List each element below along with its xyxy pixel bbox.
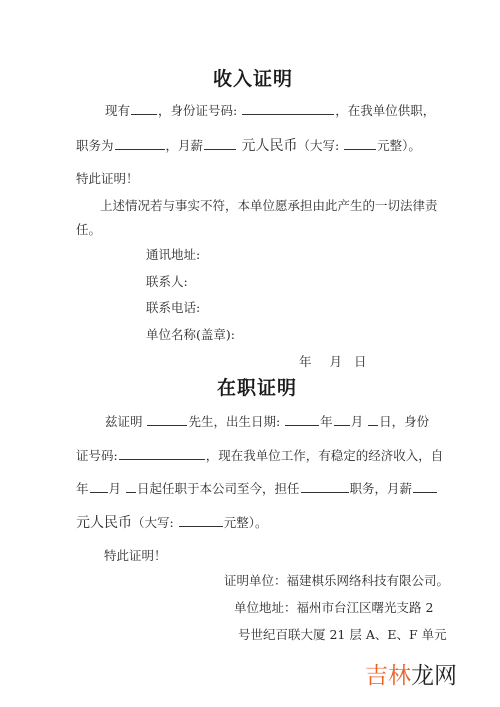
- text: （大写:: [132, 515, 178, 530]
- text: （大写:: [297, 138, 343, 153]
- text: 元人民币: [76, 515, 132, 531]
- start-month-blank[interactable]: [90, 491, 108, 493]
- salary-uppercase-blank[interactable]: [344, 148, 376, 150]
- issuer-line: 证明单位：福建棋乐网络科技有限公司。: [224, 571, 449, 589]
- text: 月: [351, 414, 367, 429]
- text: 先生，出生日期:: [188, 414, 284, 429]
- text: ，在我单位供职，: [335, 103, 435, 118]
- text: 兹证明: [105, 414, 146, 429]
- text: 月: [109, 481, 125, 496]
- text: 年: [320, 414, 333, 429]
- id-number-blank[interactable]: [242, 113, 334, 115]
- text: 元人民币: [237, 138, 297, 154]
- text: 年: [76, 481, 89, 496]
- text: 元整）。: [224, 515, 268, 530]
- birth-month-blank[interactable]: [334, 424, 350, 426]
- field-address-label: 通讯地址:: [146, 245, 200, 263]
- income-statement-line-2: 任。: [76, 220, 101, 238]
- employment-closing: 特此证明！: [104, 546, 167, 564]
- unit-address-line-1: 单位地址：福州市台江区曙光支路 2: [234, 598, 433, 616]
- text: 日，身份: [379, 414, 429, 429]
- text: ，身份证号码:: [158, 103, 241, 118]
- unit-address-line-2: 号世纪百联大厦 21 层 A、E、F 单元: [238, 625, 447, 643]
- employment-line-3: 年月 日起任职于本公司至今，担任职务，月薪: [76, 479, 438, 497]
- text: 现有: [105, 103, 130, 118]
- field-contact-label: 联系人:: [146, 272, 188, 290]
- name-blank[interactable]: [131, 113, 157, 115]
- birth-day-blank[interactable]: [368, 424, 378, 426]
- name-blank[interactable]: [147, 424, 187, 426]
- id-number-blank[interactable]: [119, 458, 205, 460]
- text: ，月薪: [166, 138, 204, 153]
- employment-cert-title: 在职证明: [217, 373, 297, 400]
- salary-uppercase-blank[interactable]: [179, 525, 223, 527]
- field-unit-label: 单位名称(盖章):: [146, 325, 235, 343]
- date-year: 年: [299, 354, 312, 369]
- birth-year-blank[interactable]: [285, 424, 319, 426]
- text: 日起任职于本公司至今，担任: [137, 481, 300, 496]
- text: 元整）。: [377, 138, 421, 153]
- text: ，现在我单位工作，有稳定的经济收入，自: [206, 448, 444, 463]
- position-blank[interactable]: [115, 148, 165, 150]
- income-cert-title: 收入证明: [213, 64, 293, 91]
- date-day: 日: [354, 354, 367, 369]
- text: 证号码:: [76, 448, 118, 463]
- salary-blank[interactable]: [204, 148, 236, 150]
- text: 职务，月薪: [350, 481, 413, 496]
- watermark-accent-text: 吉林: [365, 663, 411, 689]
- employment-line-4: 元人民币（大写: 元整）。: [76, 512, 267, 532]
- position-blank[interactable]: [301, 491, 349, 493]
- field-phone-label: 联系电话:: [146, 298, 200, 316]
- income-statement-line-1: 上述情况若与事实不符，本单位愿承担由此产生的一切法律责: [100, 196, 438, 214]
- salary-blank[interactable]: [413, 491, 437, 493]
- employment-line-2: 证号码:，现在我单位工作，有稳定的经济收入，自: [76, 446, 443, 464]
- start-day-blank[interactable]: [126, 491, 136, 493]
- income-line-2: 职务为，月薪 元人民币（大写: 元整）。: [76, 135, 421, 155]
- income-line-1: 现有，身份证号码: ，在我单位供职，: [105, 101, 435, 119]
- watermark-logo: 吉林龙网: [365, 657, 457, 690]
- date-month: 月: [330, 354, 343, 369]
- date-line: 年月日: [299, 352, 367, 370]
- employment-line-1: 兹证明 先生，出生日期: 年月 日，身份: [105, 412, 429, 430]
- watermark-text: 龙网: [411, 663, 457, 689]
- text: 职务为: [76, 138, 114, 153]
- income-closing: 特此证明！: [76, 169, 139, 187]
